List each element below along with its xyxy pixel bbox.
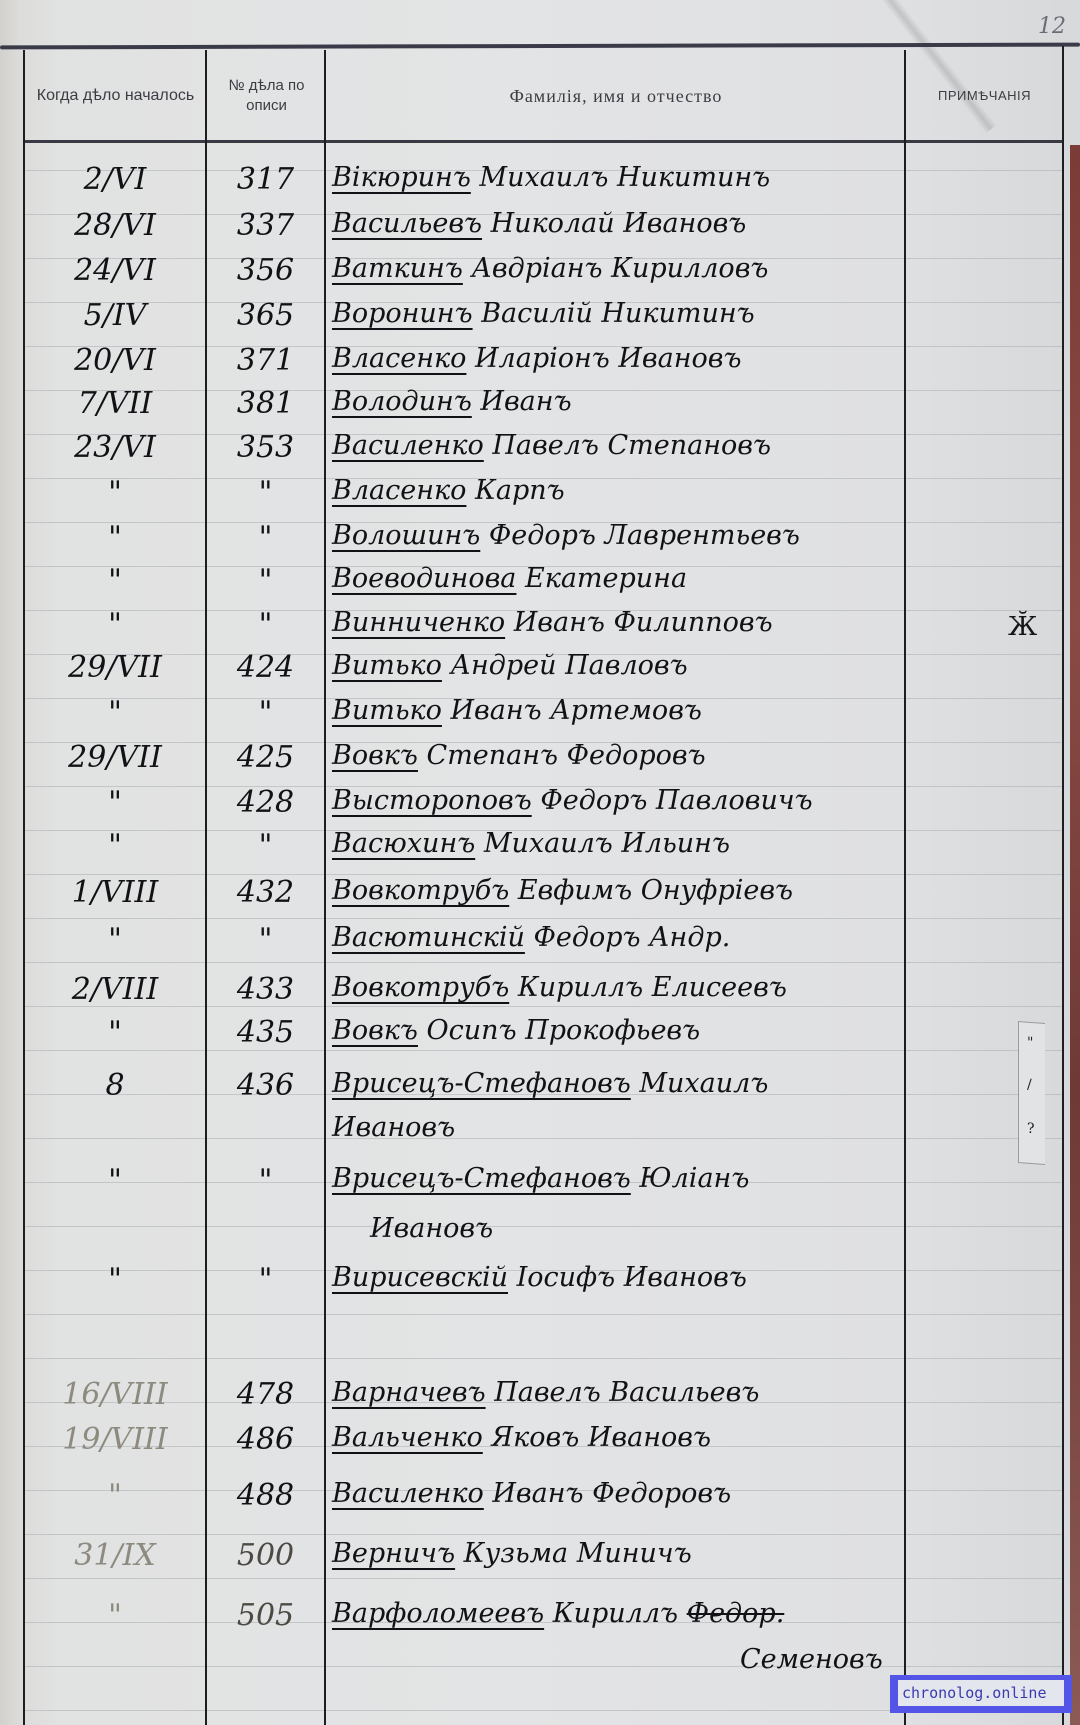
row-surname: Вовкотрубъ [332, 875, 509, 906]
row-date: 29/VII [30, 650, 200, 685]
row-date: " [30, 828, 200, 863]
row-surname: Васюхинъ [332, 828, 475, 859]
row-name: Врисецъ-Стефановъ Юліанъ [332, 1163, 749, 1194]
row-name: Верничъ Кузьма Миничъ [332, 1538, 692, 1569]
row-case-number: 365 [208, 298, 323, 333]
row-name: Вирисевскій Іосифъ Ивановъ [332, 1262, 747, 1293]
row-given-names: Федоръ Лаврентьевъ [489, 520, 800, 551]
stub-mark: ? [1027, 1121, 1035, 1138]
row-date: 2/VI [30, 162, 200, 197]
row-date: 23/VI [30, 430, 200, 465]
row-surname: Володинъ [332, 386, 472, 417]
row-given-names: Николай Ивановъ [491, 208, 747, 239]
row-case-number: 500 [208, 1538, 323, 1573]
row-given-names: Василій Никитинъ [481, 298, 754, 329]
column-divider-name [904, 50, 906, 1725]
row-date: " [30, 1478, 200, 1513]
row-date: 24/VI [30, 253, 200, 288]
header-bottom-border [23, 140, 1063, 143]
row-surname: Вовкъ [332, 740, 418, 771]
row-date: 7/VII [30, 386, 200, 421]
row-surname: Врисецъ-Стефановъ [332, 1068, 631, 1099]
row-surname: Вальченко [332, 1422, 483, 1453]
column-divider-number [324, 50, 326, 1725]
row-surname: Винниченко [332, 607, 505, 638]
row-given-names: Яковъ Ивановъ [491, 1422, 711, 1453]
row-date: " [30, 563, 200, 598]
row-date: " [30, 1598, 200, 1633]
row-date: 8 [30, 1068, 200, 1103]
row-surname: Вовкотрубъ [332, 972, 509, 1003]
row-date: 19/VIII [30, 1422, 200, 1457]
row-given-names: Кузьма Миничъ [464, 1538, 692, 1569]
row-date: 5/IV [30, 298, 200, 333]
row-name: Ваткинъ Авдріанъ Кирилловъ [332, 253, 768, 284]
row-given-names: Кириллъ Елисеевъ [518, 972, 787, 1003]
watermark-badge: chronolog.online [890, 1675, 1072, 1713]
ruled-line [23, 1314, 1063, 1315]
ruled-line [23, 1666, 1063, 1667]
row-name-continuation: Семеновъ [740, 1644, 883, 1675]
row-date: 1/VIII [30, 875, 200, 910]
row-date: " [30, 607, 200, 642]
row-date: " [30, 1262, 200, 1297]
row-date: " [30, 695, 200, 730]
ruled-line [23, 1226, 1063, 1227]
row-given-names: Федоръ Андр. [533, 922, 730, 953]
row-name: Выстороповъ Федоръ Павловичъ [332, 785, 813, 816]
row-surname: Варфоломеевъ [332, 1598, 544, 1629]
row-case-number: 424 [208, 650, 323, 685]
row-name: Володинъ Иванъ [332, 386, 572, 417]
row-surname: Власенко [332, 475, 466, 506]
row-surname: Воронинъ [332, 298, 473, 329]
row-case-number: 317 [208, 162, 323, 197]
row-surname: Вікюринъ [332, 162, 471, 193]
row-case-number: " [208, 828, 323, 863]
row-given-names: Евфимъ Онуфріевъ [518, 875, 793, 906]
row-case-number: " [208, 922, 323, 957]
row-date: 2/VIII [30, 972, 200, 1007]
row-surname: Верничъ [332, 1538, 455, 1569]
row-case-number: 356 [208, 253, 323, 288]
row-given-names: Кириллъ [553, 1598, 678, 1629]
row-given-names: Иванъ Артемовъ [451, 695, 702, 726]
row-date: " [30, 785, 200, 820]
row-surname: Василенко [332, 1478, 484, 1509]
row-given-names: Авдріанъ Кирилловъ [471, 253, 768, 284]
row-name: Волошинъ Федоръ Лаврентьевъ [332, 520, 800, 551]
row-date: 29/VII [30, 740, 200, 775]
row-name: Власенко Иларіонъ Ивановъ [332, 343, 741, 374]
row-given-names: Павелъ Васильевъ [494, 1377, 759, 1408]
stub-mark: " [1027, 1035, 1033, 1051]
pasted-paper-stub: " / ? [1018, 1021, 1045, 1165]
ruled-line [23, 1138, 1063, 1139]
row-date: 20/VI [30, 343, 200, 378]
row-date: 31/IX [30, 1538, 200, 1573]
row-case-number: " [208, 475, 323, 510]
row-date: 16/VIII [30, 1377, 200, 1412]
row-surname: Врисецъ-Стефановъ [332, 1163, 631, 1194]
row-case-number: " [208, 563, 323, 598]
row-surname: Вирисевскій [332, 1262, 508, 1293]
row-case-number: " [208, 1163, 323, 1198]
note-mark: Ӂ [1008, 612, 1037, 642]
row-case-number: 353 [208, 430, 323, 465]
row-given-names: Степанъ Федоровъ [427, 740, 706, 771]
table-left-border [23, 50, 25, 1725]
row-case-number: 371 [208, 343, 323, 378]
row-case-number: 486 [208, 1422, 323, 1457]
ruled-line [23, 962, 1063, 963]
row-given-names: Михаилъ [639, 1068, 768, 1099]
row-date: " [30, 520, 200, 555]
row-date: " [30, 475, 200, 510]
ruled-line [23, 1578, 1063, 1579]
row-surname: Власенко [332, 343, 466, 374]
row-given-names: Екатерина [525, 563, 687, 594]
row-date: " [30, 1015, 200, 1050]
ruled-line [23, 1050, 1063, 1051]
row-surname: Ваткинъ [332, 253, 463, 284]
row-case-number: " [208, 520, 323, 555]
row-given-names: Иларіонъ Ивановъ [475, 343, 741, 374]
row-name: Витько Иванъ Артемовъ [332, 695, 702, 726]
row-name: Вовкотрубъ Кириллъ Елисеевъ [332, 972, 787, 1003]
row-case-number: 488 [208, 1478, 323, 1513]
row-given-names: Осипъ Прокофьевъ [427, 1015, 701, 1046]
row-surname: Вовкъ [332, 1015, 418, 1046]
row-case-number: 478 [208, 1377, 323, 1412]
row-given-names: Иванъ Федоровъ [492, 1478, 731, 1509]
stub-mark: / [1027, 1077, 1032, 1093]
row-surname: Волошинъ [332, 520, 480, 551]
row-case-number: 436 [208, 1068, 323, 1103]
row-name: Васюхинъ Михаилъ Ильинъ [332, 828, 730, 859]
row-name: Вовкотрубъ Евфимъ Онуфріевъ [332, 875, 793, 906]
row-date: " [30, 1163, 200, 1198]
row-name: Воронинъ Василій Никитинъ [332, 298, 755, 329]
header-full-name: Фамилія, имя и отчество [327, 52, 905, 140]
row-case-number: 337 [208, 208, 323, 243]
row-given-names: Михаилъ Ильинъ [484, 828, 730, 859]
row-surname: Воеводинова [332, 563, 516, 594]
row-name: Вікюринъ Михаилъ Никитинъ [332, 162, 770, 193]
row-date: " [30, 922, 200, 957]
book-binding [1070, 145, 1080, 1725]
ruled-line [23, 1534, 1063, 1535]
row-name: Воеводинова Екатерина [332, 563, 687, 594]
row-given-names: Иванъ Филипповъ [514, 607, 773, 638]
row-surname: Васютинскій [332, 922, 525, 953]
row-case-number: 425 [208, 740, 323, 775]
row-surname: Выстороповъ [332, 785, 532, 816]
row-surname: Василенко [332, 430, 484, 461]
row-case-number: 433 [208, 972, 323, 1007]
row-given-names: Андрей Павловъ [451, 650, 688, 681]
row-name: Варфоломеевъ Кириллъ Федор. [332, 1598, 784, 1629]
row-surname: Витько [332, 650, 442, 681]
row-surname: Витько [332, 695, 442, 726]
row-case-number: 505 [208, 1598, 323, 1633]
row-name-continuation: Ивановъ [332, 1112, 455, 1143]
row-date: 28/VI [30, 208, 200, 243]
row-given-names: Михаилъ Никитинъ [479, 162, 770, 193]
row-given-names: Іосифъ Ивановъ [517, 1262, 747, 1293]
row-surname: Варначевъ [332, 1377, 486, 1408]
ruled-line [23, 918, 1063, 919]
row-name: Василенко Иванъ Федоровъ [332, 1478, 731, 1509]
row-name: Васильевъ Николай Ивановъ [332, 208, 746, 239]
table-right-border [1062, 46, 1064, 1725]
row-name: Власенко Карпъ [332, 475, 565, 506]
header-date-started: Когда дѣло началось [25, 52, 206, 140]
row-name: Вовкъ Осипъ Прокофьевъ [332, 1015, 700, 1046]
row-case-number: 435 [208, 1015, 323, 1050]
row-name: Василенко Павелъ Степановъ [332, 430, 771, 461]
row-name: Васютинскій Федоръ Андр. [332, 922, 730, 953]
page-number: 12 [1038, 14, 1066, 39]
row-case-number: " [208, 695, 323, 730]
row-name: Вальченко Яковъ Ивановъ [332, 1422, 711, 1453]
row-given-names: Федоръ Павловичъ [540, 785, 812, 816]
header-notes: ПРИМѢЧАНІЯ [907, 52, 1062, 140]
header-case-number: № дѣла по описи [208, 52, 325, 140]
row-name: Витько Андрей Павловъ [332, 650, 688, 681]
row-name: Винниченко Иванъ Филипповъ [332, 607, 773, 638]
row-given-names: Карпъ [475, 475, 565, 506]
row-name: Врисецъ-Стефановъ Михаилъ [332, 1068, 768, 1099]
row-surname: Васильевъ [332, 208, 482, 239]
row-case-number: 432 [208, 875, 323, 910]
row-name: Вовкъ Степанъ Федоровъ [332, 740, 706, 771]
watermark-text: chronolog.online [898, 1680, 1064, 1706]
row-given-names: Иванъ [480, 386, 571, 417]
ruled-line [23, 1358, 1063, 1359]
row-name-continuation: Ивановъ [370, 1213, 493, 1244]
row-name: Варначевъ Павелъ Васильевъ [332, 1377, 759, 1408]
row-case-number: 381 [208, 386, 323, 421]
row-case-number: " [208, 607, 323, 642]
row-case-number: " [208, 1262, 323, 1297]
row-given-names: Юліанъ [639, 1163, 749, 1194]
row-struck-text: Федор. [687, 1598, 785, 1629]
row-given-names: Павелъ Степановъ [492, 430, 771, 461]
row-case-number: 428 [208, 785, 323, 820]
column-divider-date [205, 50, 207, 1725]
